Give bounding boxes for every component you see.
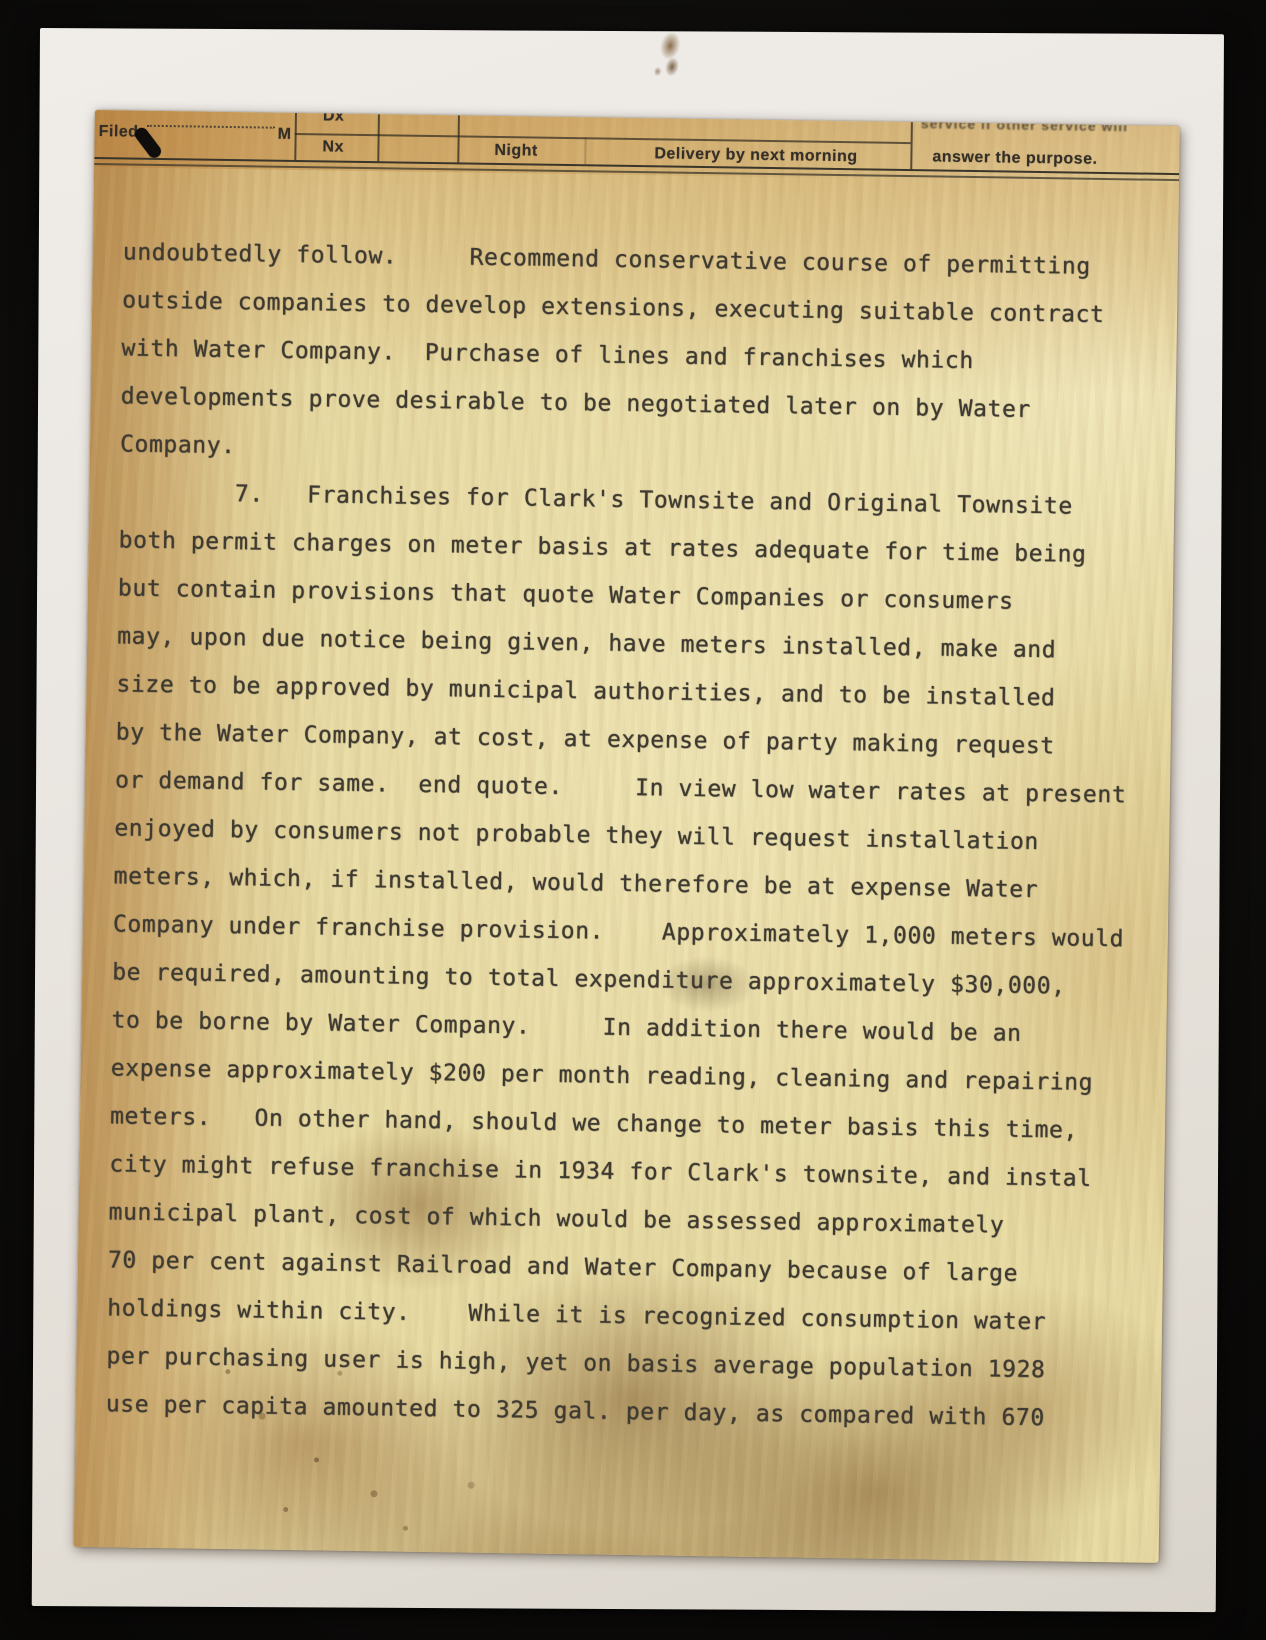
row-divider-line — [295, 133, 911, 144]
delivery-label: Delivery by next morning — [654, 145, 857, 166]
photograph-of-document: { "form_header": { "filed_label": "Filed… — [0, 0, 1266, 1640]
telegram-sheet: Filed M Dx Nx Night Delivery by next mor… — [74, 110, 1180, 1563]
answer-purpose-label: answer the purpose. — [932, 148, 1097, 168]
divider — [294, 113, 297, 161]
night-label: Night — [494, 142, 538, 161]
typewritten-text: undoubtedly follow. Recommend conservati… — [105, 228, 1134, 1443]
divider-faint — [584, 137, 586, 165]
class-nx-label: Nx — [322, 138, 344, 156]
filed-dotted-line — [147, 125, 275, 129]
meridiem-label: M — [278, 126, 292, 144]
filed-pen-mark — [133, 125, 164, 160]
divider — [377, 114, 380, 162]
divider — [910, 122, 913, 170]
filed-label: Filed — [99, 123, 139, 142]
divider — [457, 115, 460, 163]
